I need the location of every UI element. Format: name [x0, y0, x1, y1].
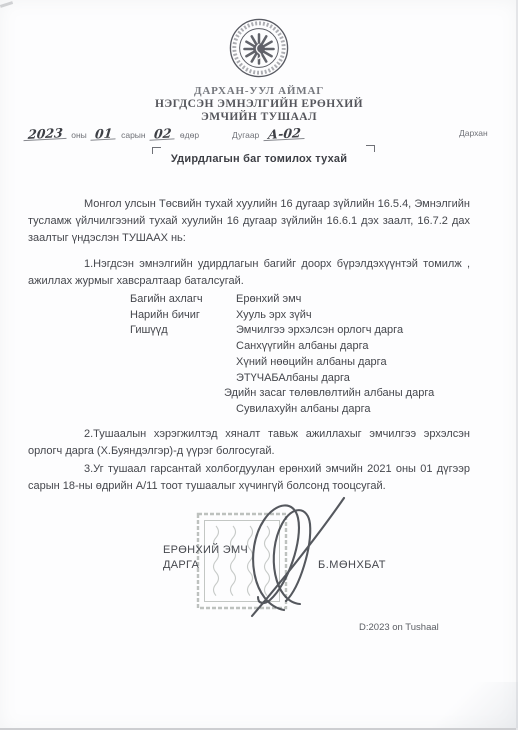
team-role — [130, 386, 236, 402]
signatory-title-line1: ЕРӨНХИЙ ЭМЧ — [163, 543, 248, 558]
team-person: Сувилахуйн албаны дарга — [236, 402, 371, 418]
signatory-title-line2: ДАРГА — [163, 558, 248, 573]
org-region: ДАРХАН-УУЛ АЙМАГ — [0, 85, 518, 98]
clause-3-paragraph: 3.Уг тушаал гарсантай холбогдуулан ерөнх… — [28, 461, 470, 495]
handwritten-number: А-02 — [263, 127, 305, 141]
org-name-line1: НЭГДСЭН ЭМНЭЛГИЙН ЕРӨНХИЙ — [0, 98, 518, 111]
org-name-line2: ЭМЧИЙН ТУШААЛ — [0, 111, 518, 124]
date-line: 2023 оны 01 сарын 02 өдөр — [24, 125, 199, 143]
month-label: сарын — [121, 130, 146, 140]
team-list: Багийн ахлагч Ерөнхий эмч Нарийн бичиг Х… — [130, 292, 434, 418]
team-row: Багийн ахлагч Ерөнхий эмч — [130, 292, 434, 308]
team-person: Хууль эрх зүйч — [236, 308, 312, 324]
team-row: Нарийн бичиг Хууль эрх зүйч — [130, 308, 434, 324]
team-person: Ерөнхий эмч — [236, 292, 301, 308]
preamble-paragraph: Монгол улсын Төсвийн тухай хуулийн 16 ду… — [28, 196, 470, 247]
letterhead: ДАРХАН-УУЛ АЙМАГ НЭГДСЭН ЭМНЭЛГИЙН ЕРӨНХ… — [0, 85, 518, 124]
team-role: Гишүүд — [130, 323, 236, 339]
team-row: Сувилахуйн албаны дарга — [130, 402, 434, 418]
paper-fold-shadow — [368, 682, 518, 728]
team-person: Эдийн засаг төлөвлөлтийн албаны дарга — [224, 386, 434, 402]
team-person: ЭТҮЧАБАлбаны дарга — [236, 371, 350, 387]
team-role: Багийн ахлагч — [130, 292, 236, 308]
team-row: ЭТҮЧАБАлбаны дарга — [130, 371, 434, 387]
team-row: Эдийн засаг төлөвлөлтийн албаны дарга — [130, 386, 434, 402]
team-role — [130, 339, 236, 355]
handwritten-day: 02 — [150, 127, 176, 140]
number-label: Дугаар — [232, 130, 259, 140]
signatory-title: ЕРӨНХИЙ ЭМЧ ДАРГА — [163, 543, 248, 572]
corner-mark-right-icon — [366, 145, 375, 152]
team-person: Эмчилгээ эрхэлсэн орлогч дарга — [236, 323, 403, 339]
handwritten-year: 2023 — [24, 127, 68, 141]
handwritten-month: 01 — [91, 127, 117, 140]
team-role: Нарийн бичиг — [130, 308, 236, 324]
document-number: Дугаар А-02 — [232, 125, 305, 143]
team-role — [130, 355, 236, 371]
clause-1-paragraph: 1.Нэгдсэн эмнэлгийн удирдлагын багийг до… — [28, 256, 470, 290]
team-role — [130, 371, 236, 387]
file-reference-note: D:2023 on Tushaal — [359, 622, 439, 633]
order-subject: Удирдлагын баг томилох тухай — [0, 153, 518, 165]
team-role — [130, 402, 236, 418]
day-label: өдөр — [180, 130, 199, 140]
place-name: Дархан — [459, 128, 488, 138]
team-row: Хүний нөөцийн албаны дарга — [130, 355, 434, 371]
team-person: Хүний нөөцийн албаны дарга — [236, 355, 387, 371]
team-row: Гишүүд Эмчилгээ эрхэлсэн орлогч дарга — [130, 323, 434, 339]
signatory-name: Б.МӨНХБАТ — [318, 559, 386, 571]
team-person: Санхүүгийн албаны дарга — [236, 339, 368, 355]
scan-artifact — [0, 1, 13, 8]
team-row: Санхүүгийн албаны дарга — [130, 339, 434, 355]
clause-2-paragraph: 2.Тушаалын хэрэгжилтэд хяналт тавьж ажил… — [28, 426, 470, 460]
year-label: оны — [71, 130, 87, 140]
scanned-order-document: ДАРХАН-УУЛ АЙМАГ НЭГДСЭН ЭМНЭЛГИЙН ЕРӨНХ… — [0, 0, 518, 730]
hospital-round-seal-icon — [228, 17, 290, 79]
